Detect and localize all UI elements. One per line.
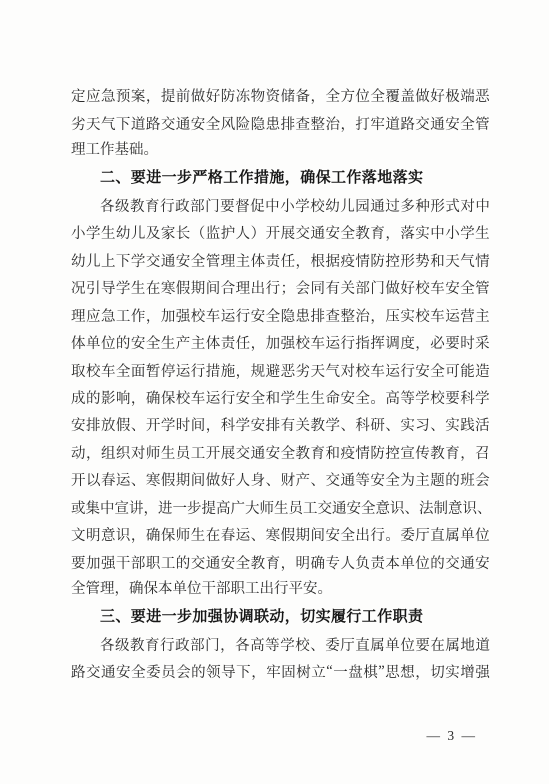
text-line: 体单位的安全生产主体责任，加强校车运行指挥调度，必要时采 (71, 329, 490, 356)
text-line: 文明意识，确保师生在春运、寒假期间安全出行。委厅直属单位 (71, 521, 490, 548)
text-line: 成的影响，确保校车运行安全和学生生命安全。高等学校要科学 (71, 384, 490, 411)
text-line: 幼儿上下学交通安全管理主体责任，根据疫情防控形势和天气情 (71, 247, 490, 274)
section-heading: 二、要进一步严格工作措施，确保工作落地落实 (71, 164, 490, 191)
text-line: 动，组织对师生员工开展交通安全教育和疫情防控宣传教育，召 (71, 439, 490, 466)
page-number: — 3 — (427, 728, 478, 744)
text-line: 各级教育行政部门，各高等学校、委厅直属单位要在属地道 (71, 631, 490, 658)
text-line: 各级教育行政部门要督促中小学校幼儿园通过多种形式对中 (71, 192, 490, 219)
text-line: 要加强干部职工的交通安全教育，明确专人负责本单位的交通安 (71, 548, 490, 575)
text-line: 理工作基础。 (71, 137, 490, 164)
text-line: 劣天气下道路交通安全风险隐患排查整治，打牢道路交通安全管 (71, 109, 490, 136)
text-line: 取校车全面暂停运行措施，规避恶劣天气对校车运行安全可能造 (71, 356, 490, 383)
text-line: 路交通安全委员会的领导下，牢固树立“一盘棋”思想，切实增强 (71, 658, 490, 685)
text-line: 开以春运、寒假期间做好人身、财产、交通等安全为主题的班会 (71, 466, 490, 493)
document-body: 定应急预案，提前做好防冻物资储备，全方位全覆盖做好极端恶劣天气下道路交通安全风险… (71, 82, 490, 686)
text-line: 安排放假、开学时间，科学安排有关教学、科研、实习、实践活 (71, 411, 490, 438)
text-line: 定应急预案，提前做好防冻物资储备，全方位全覆盖做好极端恶 (71, 82, 490, 109)
document-page: 定应急预案，提前做好防冻物资储备，全方位全覆盖做好极端恶劣天气下道路交通安全风险… (0, 0, 549, 784)
text-line: 小学生幼儿及家长（监护人）开展交通安全教育，落实中小学生 (71, 219, 490, 246)
text-line: 全管理，确保本单位干部职工出行平安。 (71, 576, 490, 603)
section-heading: 三、要进一步加强协调联动，切实履行工作职责 (71, 603, 490, 630)
text-line: 或集中宣讲，进一步提高广大师生员工交通安全意识、法制意识、 (71, 494, 490, 521)
text-line: 理应急工作，加强校车运行安全隐患排查整治，压实校车运营主 (71, 302, 490, 329)
text-line: 况引导学生在寒假期间合理出行；会同有关部门做好校车安全管 (71, 274, 490, 301)
